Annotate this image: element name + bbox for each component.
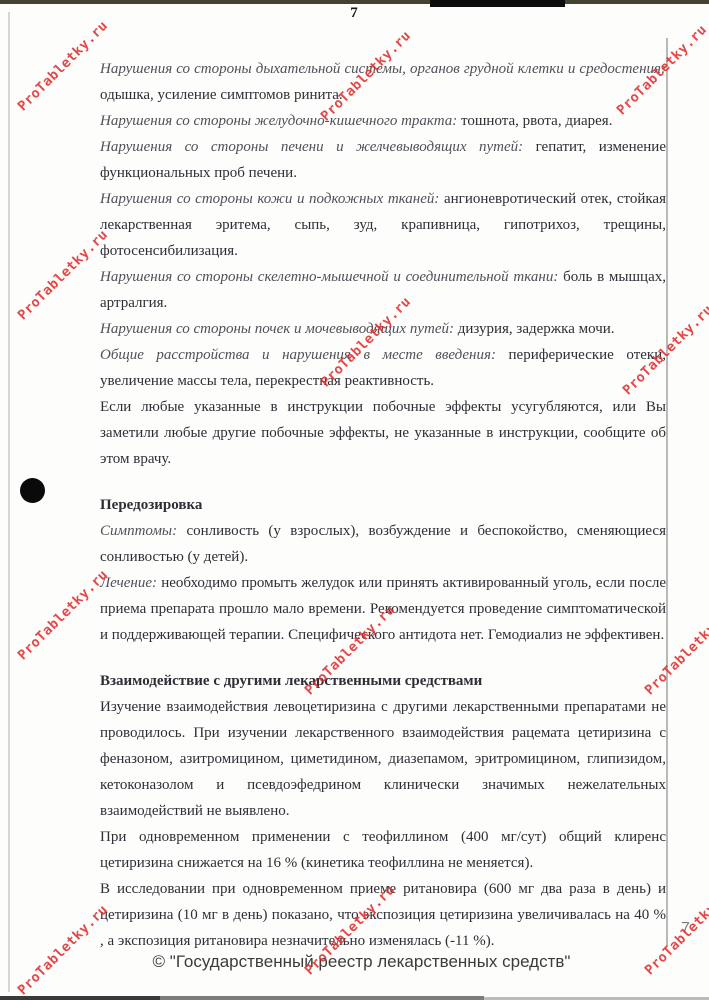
paragraph: Нарушения со стороны почек и мочевыводящ… — [100, 316, 666, 342]
paragraph: Нарушения со стороны желудочно-кишечного… — [100, 108, 666, 134]
section-heading: Передозировка — [100, 492, 666, 518]
paragraph-text: тошнота, рвота, диарея. — [457, 113, 612, 129]
paragraph-text: При одновременном применении с теофиллин… — [100, 829, 666, 871]
bottom-scan-edge-dark — [0, 996, 160, 1000]
paragraph-text: Передозировка — [100, 497, 202, 513]
watermark-text: ProTabletky.ru — [15, 902, 112, 999]
paragraph: При одновременном применении с теофиллин… — [100, 824, 666, 876]
paragraph: В исследовании при одновременном приеме … — [100, 876, 666, 954]
paragraph: Лечение: необходимо промыть желудок или … — [100, 570, 666, 648]
footer-copyright: © "Государственный реестр лекарственных … — [0, 952, 709, 972]
paragraph-text: необходимо промыть желудок или принять а… — [100, 575, 666, 643]
section-heading: Взаимодействие с другими лекарственными … — [100, 668, 666, 694]
paragraph-text: сонливость (у взрослых), возбуждение и б… — [100, 523, 666, 565]
paragraph-text: одышка, усиление симптомов ринита. — [100, 87, 343, 103]
document-body: Нарушения со стороны дыхательной системы… — [100, 56, 666, 954]
paragraph-lead-italic: Нарушения со стороны кожи и подкожных тк… — [100, 191, 439, 207]
paragraph-text: В исследовании при одновременном приеме … — [100, 881, 666, 949]
top-scan-edge — [0, 0, 709, 4]
paragraph-lead-italic: Симптомы: — [100, 523, 177, 539]
bottom-page-number: 7 — [681, 920, 690, 938]
paragraph: Нарушения со стороны печени и желчевывод… — [100, 134, 666, 186]
watermark-text: ProTabletky.ru — [15, 227, 112, 324]
paragraph-lead-italic: Нарушения со стороны почек и мочевыводящ… — [100, 321, 454, 337]
paragraph-lead-italic: Нарушения со стороны желудочно-кишечного… — [100, 113, 457, 129]
top-page-number: 7 — [0, 5, 709, 22]
left-scan-edge — [8, 12, 10, 992]
paragraph-text: Изучение взаимодействия левоцетиризина с… — [100, 699, 666, 819]
scanned-document-page: 7 Нарушения со стороны дыхательной систе… — [0, 0, 709, 1000]
paragraph-text: Взаимодействие с другими лекарственными … — [100, 673, 482, 689]
paragraph-text: Если любые указанные в инструкции побочн… — [100, 399, 666, 467]
paragraph-lead-italic: Лечение: — [100, 575, 157, 591]
paragraph: Нарушения со стороны скелетно-мышечной и… — [100, 264, 666, 316]
watermark-text: ProTabletky.ru — [15, 18, 112, 115]
bottom-scan-edge-mid — [160, 996, 484, 1000]
paragraph-lead-italic: Нарушения со стороны дыхательной системы… — [100, 61, 666, 77]
paragraph-lead-italic: Общие расстройства и нарушения в месте в… — [100, 347, 496, 363]
paragraph-lead-italic: Нарушения со стороны скелетно-мышечной и… — [100, 269, 558, 285]
paragraph: Нарушения со стороны кожи и подкожных тк… — [100, 186, 666, 264]
hole-punch-mark — [20, 478, 45, 503]
paragraph: Изучение взаимодействия левоцетиризина с… — [100, 694, 666, 824]
paragraph: Симптомы: сонливость (у взрослых), возбу… — [100, 518, 666, 570]
paragraph-lead-italic: Нарушения со стороны печени и желчевывод… — [100, 139, 523, 155]
paragraph: Нарушения со стороны дыхательной системы… — [100, 56, 666, 108]
watermark-text: ProTabletky.ru — [15, 567, 112, 664]
paragraph-text: дизурия, задержка мочи. — [454, 321, 615, 337]
paragraph: Общие расстройства и нарушения в месте в… — [100, 342, 666, 394]
paragraph: Если любые указанные в инструкции побочн… — [100, 394, 666, 472]
right-scan-edge — [666, 38, 668, 946]
